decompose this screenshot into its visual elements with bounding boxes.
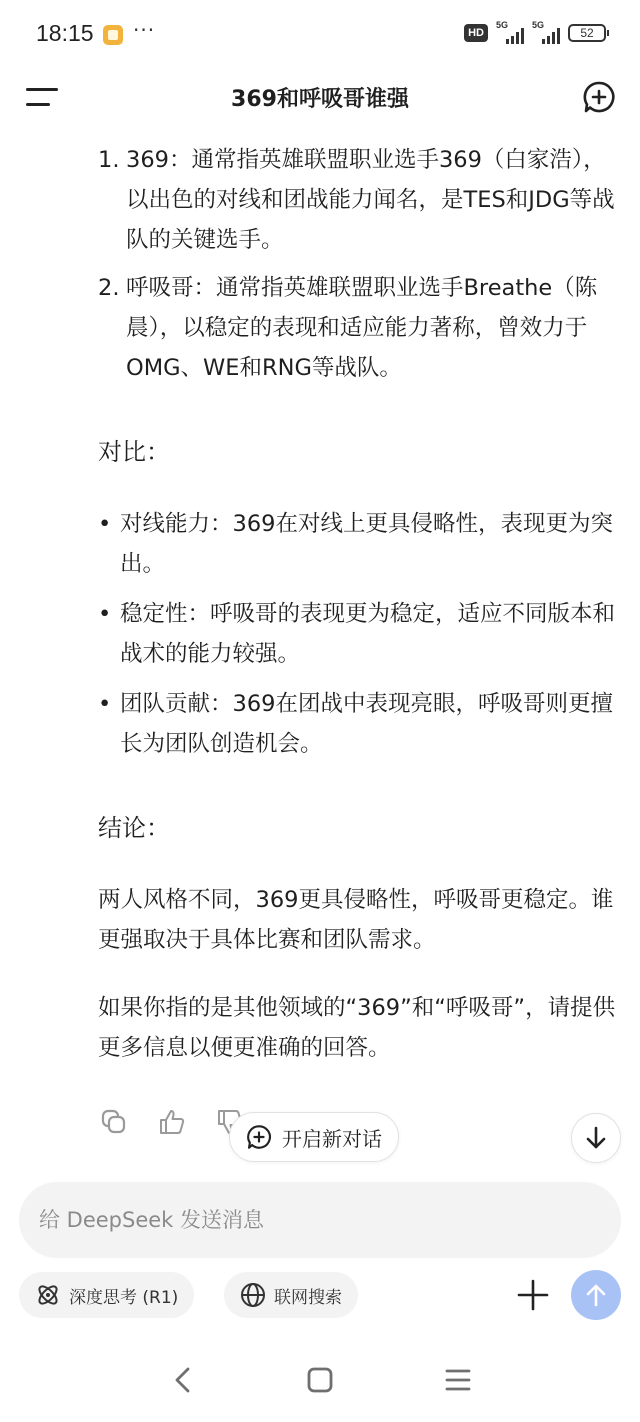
item-text: 369：通常指英雄联盟职业选手369（白家浩），以出色的对线和团战能力闻名，是T… [126,147,615,253]
numbered-item: 1. 369：通常指英雄联盟职业选手369（白家浩），以出色的对线和团战能力闻名… [98,140,618,260]
signal-2-label: 5G [532,20,544,30]
status-icons: HD 5G 5G 52 [464,22,606,44]
arrow-down-icon [583,1125,609,1151]
bullet-item: • 对线能力：369在对线上更具侵略性，表现更为突出。 [98,504,618,584]
home-icon[interactable] [306,1366,334,1394]
copy-icon[interactable] [100,1108,128,1136]
followup-paragraph: 如果你指的是其他领域的“369”和“呼吸哥”，请提供更多信息以便更准确的回答。 [98,988,618,1068]
assistant-message: 1. 369：通常指英雄联盟职业选手369（白家浩），以出色的对线和团战能力闻名… [98,140,618,1068]
item-number: 2. [98,268,119,308]
comparison-heading: 对比： [98,432,618,472]
chat-header: 369和呼吸哥谁强 [0,70,640,126]
more-notifications-icon: ··· [133,18,155,42]
thumbs-up-icon[interactable] [158,1108,186,1136]
web-search-label: 联网搜索 [274,1283,342,1308]
item-text: 呼吸哥：通常指英雄联盟职业选手Breathe（陈晨），以稳定的表现和适应能力著称… [126,275,597,381]
bullet-item: • 团队贡献：369在团战中表现亮眼，呼吸哥则更擅长为团队创造机会。 [98,684,618,764]
page-title: 369和呼吸哥谁强 [0,82,640,113]
hd-voice-icon: HD [464,24,488,42]
bullet-icon: • [98,504,111,544]
new-dialog-button[interactable]: 开启新对话 [229,1112,399,1162]
conclusion-heading: 结论： [98,808,618,848]
back-icon[interactable] [170,1365,196,1395]
message-input-container [19,1182,621,1258]
bullet-text: 对线能力：369在对线上更具侵略性，表现更为突出。 [120,511,613,577]
message-actions [100,1108,244,1136]
attach-plus-icon[interactable] [516,1278,550,1312]
numbered-item: 2. 呼吸哥：通常指英雄联盟职业选手Breathe（陈晨），以稳定的表现和适应能… [98,268,618,388]
bullet-icon: • [98,594,111,634]
signal-1-icon: 5G [496,22,524,44]
new-chat-icon[interactable] [582,80,616,114]
globe-icon [240,1282,266,1308]
scroll-to-bottom-button[interactable] [571,1113,621,1163]
signal-2-icon: 5G [532,22,560,44]
system-navigation-bar [0,1350,640,1410]
signal-1-label: 5G [496,20,508,30]
message-input[interactable] [19,1182,621,1258]
conclusion-paragraph: 两人风格不同，369更具侵略性，呼吸哥更稳定。谁更强取决于具体比赛和团队需求。 [98,880,618,960]
bullet-text: 团队贡献：369在团战中表现亮眼，呼吸哥则更擅长为团队创造机会。 [120,691,613,757]
deep-think-label: 深度思考 (R1) [69,1283,178,1308]
arrow-up-icon [583,1282,609,1308]
status-time: 18:15 [36,20,94,47]
notification-app-icon [103,25,123,45]
new-chat-icon [246,1124,272,1150]
recent-apps-icon[interactable] [444,1367,472,1393]
atom-icon [35,1282,61,1308]
send-button[interactable] [571,1270,621,1320]
bullet-item: • 稳定性：呼吸哥的表现更为稳定，适应不同版本和战术的能力较强。 [98,594,618,674]
battery-icon: 52 [568,24,606,42]
bullet-text: 稳定性：呼吸哥的表现更为稳定，适应不同版本和战术的能力较强。 [120,601,615,667]
web-search-toggle[interactable]: 联网搜索 [224,1272,358,1318]
bullet-icon: • [98,684,111,724]
status-bar: 18:15 ··· HD 5G 5G 52 [0,0,640,70]
item-number: 1. [98,140,119,180]
new-dialog-label: 开启新对话 [282,1123,382,1152]
deep-think-toggle[interactable]: 深度思考 (R1) [19,1272,194,1318]
